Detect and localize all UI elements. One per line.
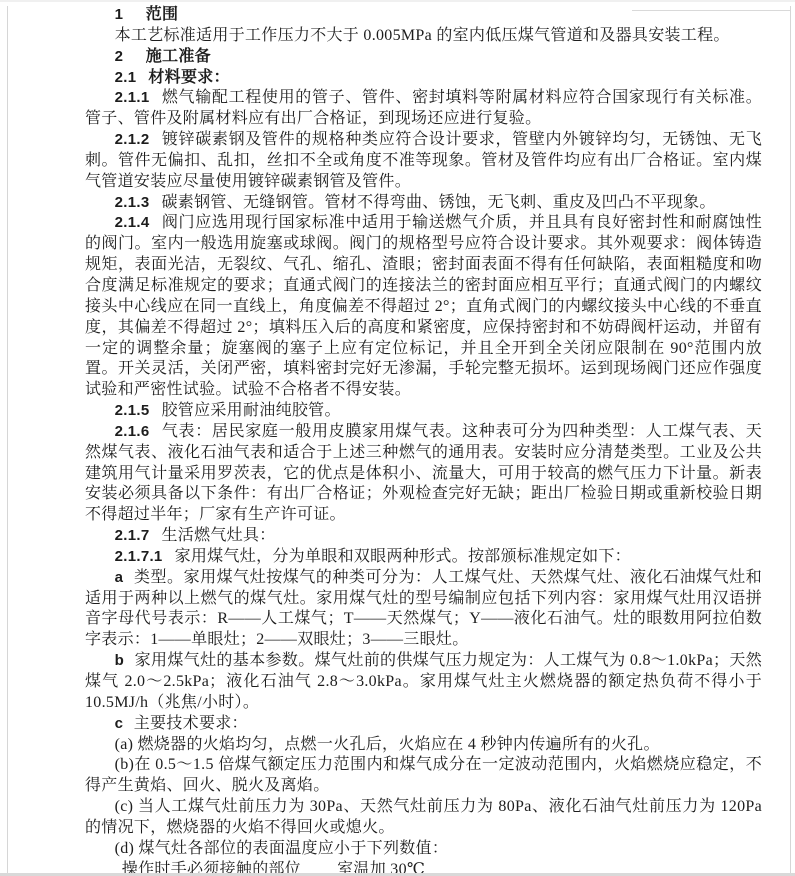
- paragraph-text: 主要技术要求：: [134, 715, 248, 732]
- clause-paragraph: 2.1.1燃气输配工程使用的管子、管件、密封填料等附属材料应符合国家现行有关标准…: [85, 88, 762, 130]
- section-heading: 2施工准备: [85, 47, 762, 68]
- clause-number: 2.1.7: [115, 527, 150, 544]
- clause-number: 2.1.2: [115, 131, 150, 148]
- paragraph-text: 家用煤气灶，分为单眼和双眼两种形式。按部颁标准规定如下：: [175, 548, 631, 565]
- left-page-border: [7, 6, 8, 876]
- clause-number: 1: [115, 6, 124, 23]
- clause-number: 2.1.7.1: [115, 548, 163, 565]
- clause-number: 2.1: [115, 69, 137, 86]
- clause-paragraph: 2.1.4阀门应选用现行国家标准中适用于输送燃气介质，并且具有良好密封性和耐腐蚀…: [85, 213, 762, 401]
- list-item-paragraph: a类型。家用煤气灶按煤气的种类可分为：人工煤气灶、天然煤气灶、液化石油煤气灶和适…: [85, 568, 762, 651]
- clause-number: 2.1.3: [115, 194, 150, 211]
- paragraph-text: (d) 煤气灶各部位的表面温度应小于下列数值：: [115, 840, 449, 857]
- paragraph-text: 材料要求：: [148, 69, 230, 86]
- list-item-paragraph: c主要技术要求：: [85, 714, 762, 735]
- top-edge-strip: [0, 0, 795, 2]
- paragraph-text: 气表：居民家庭一般用皮膜家用煤气表。这种表可分为四种类型：人工煤气表、天然煤气表…: [85, 423, 762, 523]
- body-paragraph: 本工艺标准适用于工作压力不大于 0.005MPa 的室内低压煤气管道和及器具安装…: [85, 26, 762, 47]
- clause-number: 2: [115, 48, 124, 65]
- clause-number: 2.1.1: [115, 89, 150, 106]
- clause-number: c: [115, 715, 124, 732]
- paragraph-text: 本工艺标准适用于工作压力不大于 0.005MPa 的室内低压煤气管道和及器具安装…: [115, 27, 730, 44]
- clause-number: 2.1.4: [115, 214, 150, 231]
- clause-number: 2.1.6: [115, 423, 150, 440]
- section-heading: 1范围: [85, 5, 762, 26]
- paragraph-text: 家用煤气灶的基本参数。煤气灶前的供煤气压力规定为：人工煤气为 0.8～1.0kP…: [85, 652, 762, 711]
- list-item-paragraph: b家用煤气灶的基本参数。煤气灶前的供煤气压力规定为：人工煤气为 0.8～1.0k…: [85, 651, 762, 714]
- clause-number: b: [115, 652, 124, 669]
- paragraph-text: (a) 燃烧器的火焰均匀，点燃一火孔后，火焰应在 4 秒钟内传遍所有的火孔。: [115, 736, 660, 753]
- clause-paragraph: 2.1.6气表：居民家庭一般用皮膜家用煤气表。这种表可分为四种类型：人工煤气表、…: [85, 422, 762, 526]
- clause-paragraph: 2.1.2镀锌碳素钢及管件的规格种类应符合设计要求，管壁内外镀锌均匀，无锈蚀、无…: [85, 130, 762, 193]
- paragraph-text: 施工准备: [146, 48, 211, 65]
- note-paragraph: (b)在 0.5～1.5 倍煤气额定压力范围内和煤气成分在一定波动范围内，火焰燃…: [85, 755, 762, 797]
- paragraph-text: 胶管应采用耐油纯胶管。: [161, 402, 340, 419]
- paragraph-text: 类型。家用煤气灶按煤气的种类可分为：人工煤气灶、天然煤气灶、液化石油煤气灶和适用…: [85, 569, 762, 649]
- note-paragraph: (c) 当人工煤气灶前压力为 30Pa、天然气灶前压力为 80Pa、液化石油气灶…: [85, 797, 762, 839]
- paragraph-text: 范围: [146, 6, 179, 23]
- paragraph-text: (c) 当人工煤气灶前压力为 30Pa、天然气灶前压力为 80Pa、液化石油气灶…: [85, 798, 762, 836]
- paragraph-text: (b)在 0.5～1.5 倍煤气额定压力范围内和煤气成分在一定波动范围内，火焰燃…: [85, 756, 762, 794]
- clause-paragraph: 2.1.5胶管应采用耐油纯胶管。: [85, 401, 762, 422]
- note-paragraph: (a) 燃烧器的火焰均匀，点燃一火孔后，火焰应在 4 秒钟内传遍所有的火孔。: [85, 735, 762, 756]
- sub-section-heading: 2.1材料要求：: [85, 68, 762, 89]
- note-paragraph: (d) 煤气灶各部位的表面温度应小于下列数值：: [85, 839, 762, 860]
- clause-paragraph: 2.1.7.1家用煤气灶，分为单眼和双眼两种形式。按部颁标准规定如下：: [85, 547, 762, 568]
- paragraph-text: 碳素钢管、无缝钢管。管材不得弯曲、锈蚀，无飞刺、重皮及凹凸不平现象。: [161, 194, 715, 211]
- right-page-border: [790, 6, 791, 876]
- clause-paragraph: 2.1.3碳素钢管、无缝钢管。管材不得弯曲、锈蚀，无飞刺、重皮及凹凸不平现象。: [85, 193, 762, 214]
- document-page: 1范围本工艺标准适用于工作压力不大于 0.005MPa 的室内低压煤气管道和及器…: [0, 0, 795, 876]
- paragraph-text: 阀门应选用现行国家标准中适用于输送燃气介质，并且具有良好密封性和耐腐蚀性的阀门。…: [85, 214, 762, 398]
- paragraph-text: 镀锌碳素钢及管件的规格种类应符合设计要求，管壁内外镀锌均匀，无锈蚀、无飞刺。管件…: [85, 131, 762, 190]
- clause-paragraph: 2.1.7生活燃气灶具：: [85, 526, 762, 547]
- paragraph-text: 燃气输配工程使用的管子、管件、密封填料等附属材料应符合国家现行有关标准。管子、管…: [85, 89, 762, 127]
- document-content: 1范围本工艺标准适用于工作压力不大于 0.005MPa 的室内低压煤气管道和及器…: [85, 5, 762, 876]
- paragraph-text: 生活燃气灶具：: [161, 527, 275, 544]
- clause-number: a: [115, 569, 124, 586]
- clause-number: 2.1.5: [115, 402, 150, 419]
